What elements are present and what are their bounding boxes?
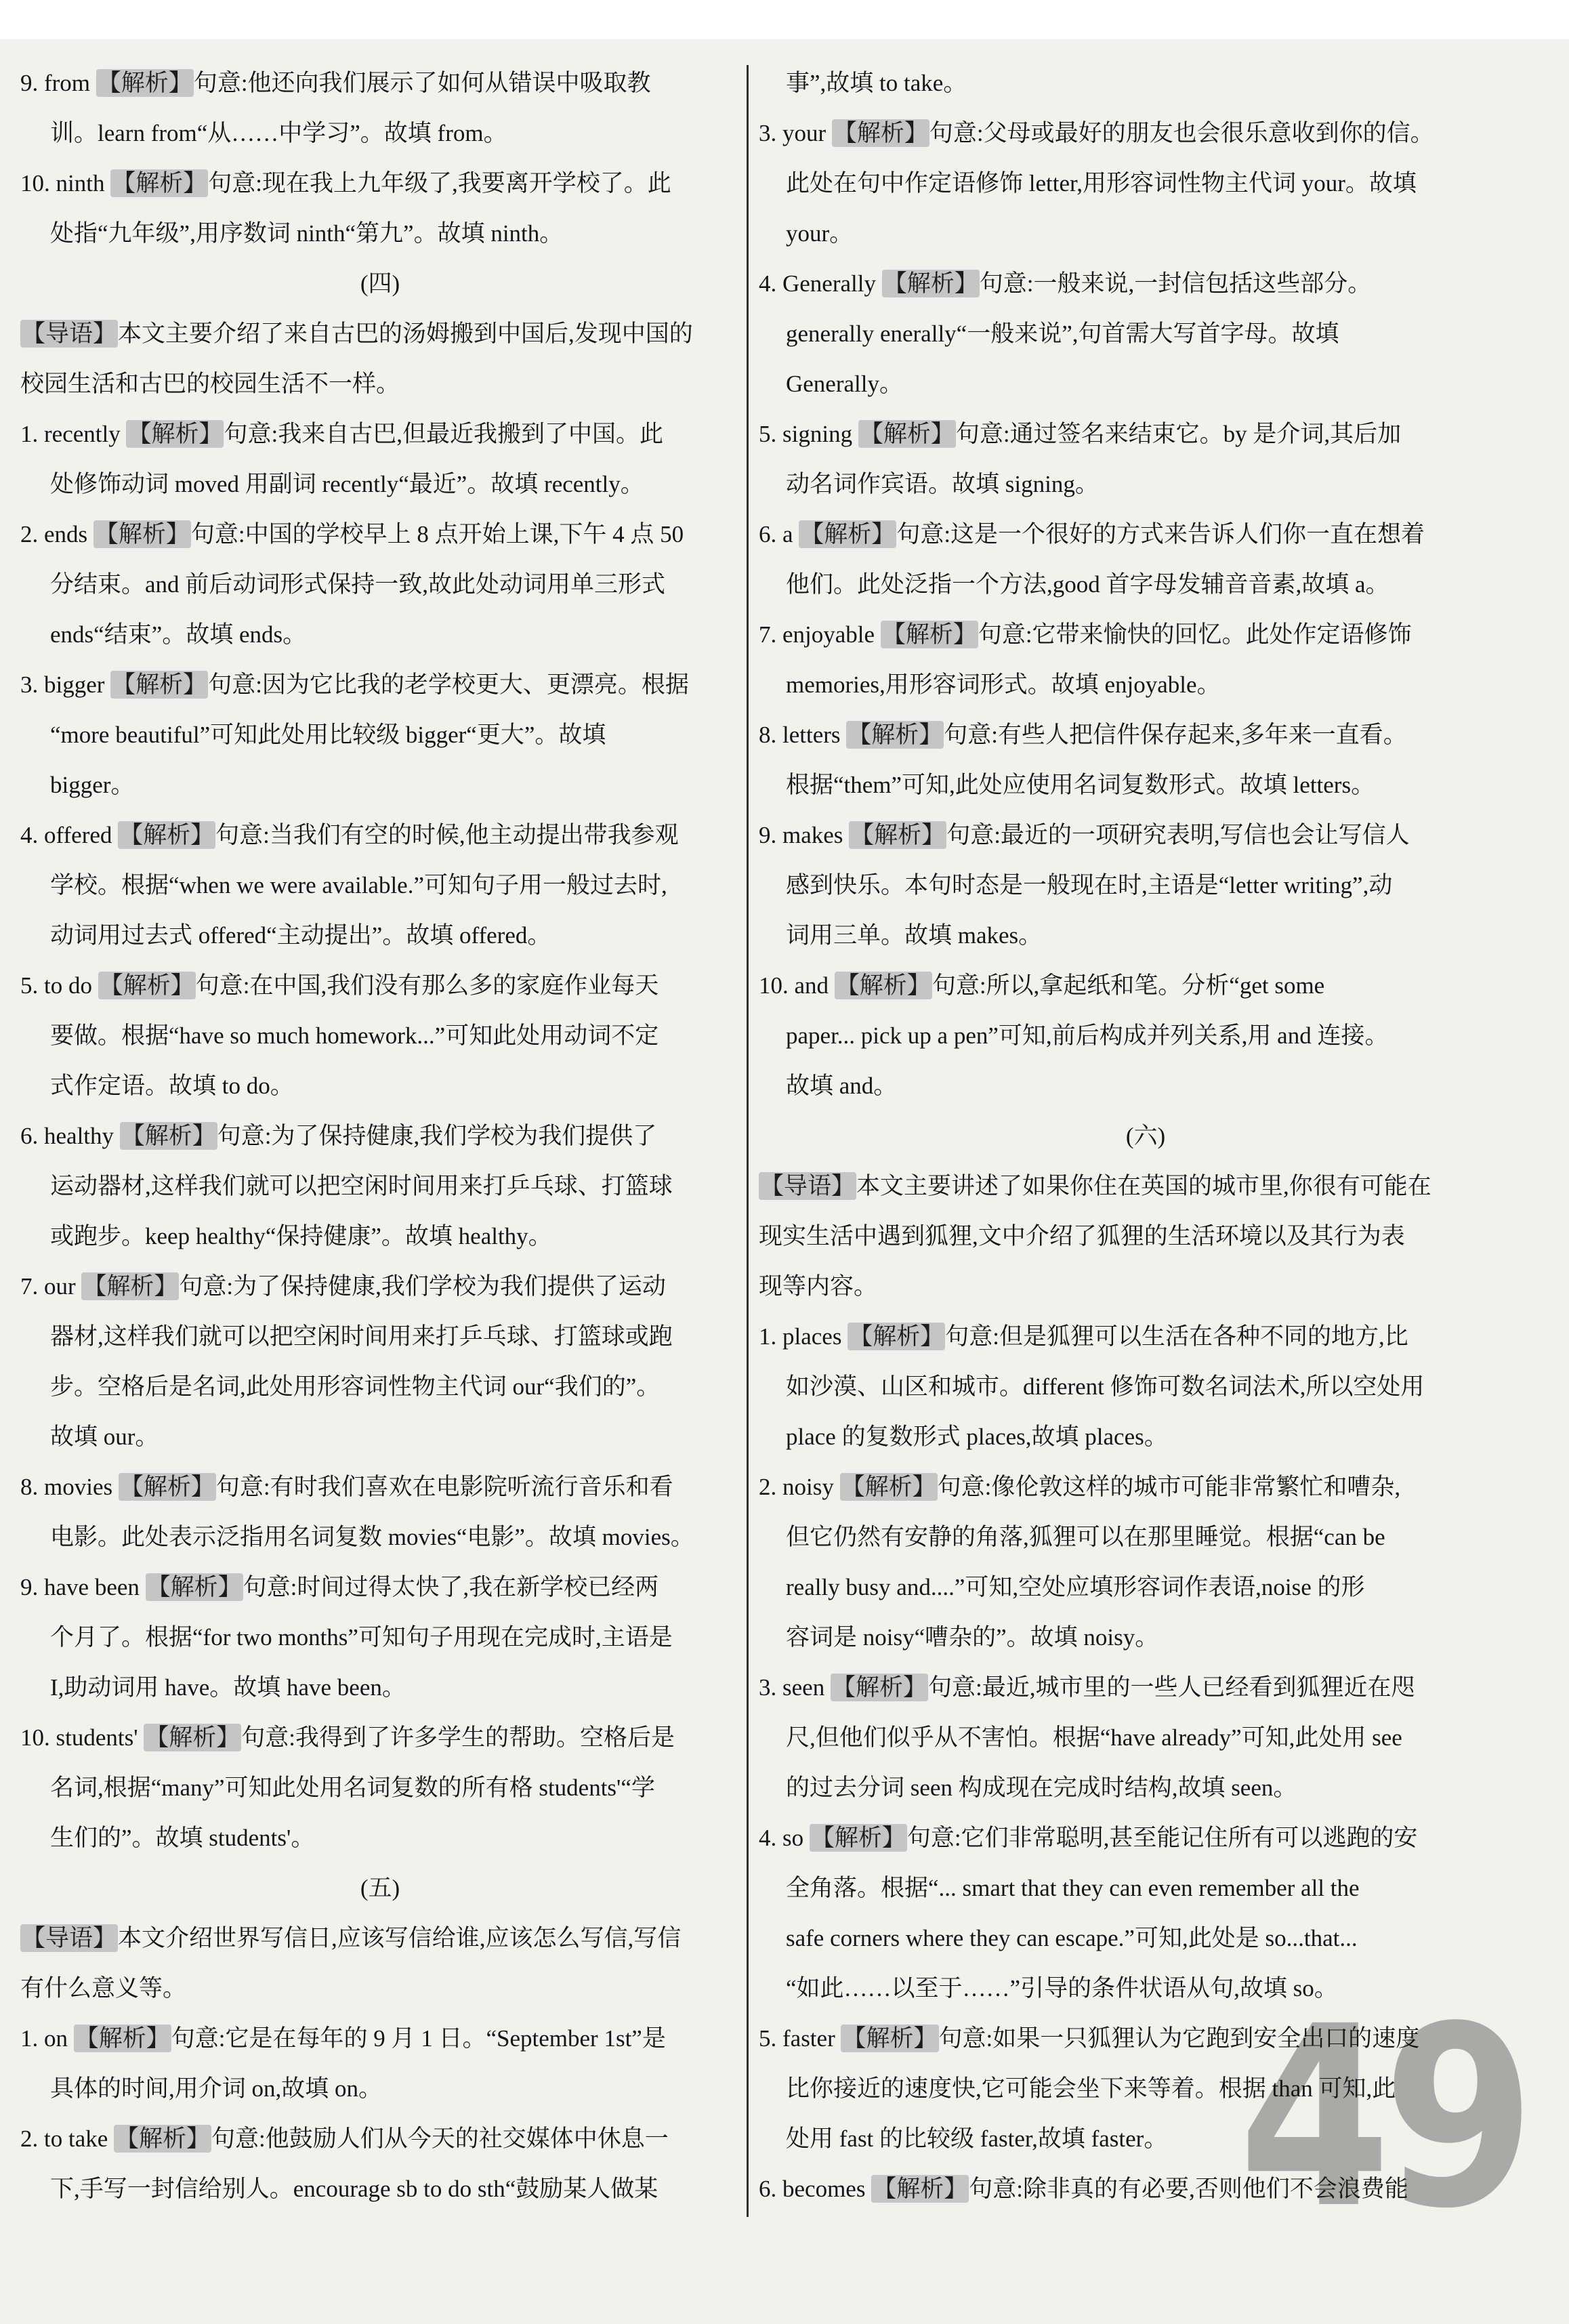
text-line: 式作定语。故填 to do。 [20,1061,740,1111]
text-line: 6. a 【解析】句意:这是一个很好的方式来告诉人们你一直在想着 [759,510,1532,560]
analysis-tag: 【解析】 [835,972,932,999]
answer-key-page: 49 9. from 【解析】句意:他还向我们展示了如何从错误中吸取教训。lea… [0,0,1569,2324]
text-line: 8. movies 【解析】句意:有时我们喜欢在电影院听流行音乐和看 [20,1462,740,1512]
text-line: 6. becomes 【解析】句意:除非真的有必要,否则他们不会浪费能 [759,2164,1532,2214]
text-line: safe corners where they can escape.”可知,此… [759,1913,1532,1964]
analysis-tag: 【解析】 [144,1724,241,1751]
text-line: 处用 fast 的比较级 faster,故填 faster。 [759,2114,1532,2164]
analysis-tag: 【解析】 [146,1573,243,1601]
text-line: 【导语】本文主要介绍了来自古巴的汤姆搬到中国后,发现中国的 [20,309,740,359]
right-column: 事”,故填 to take。3. your 【解析】句意:父母或最好的朋友也会很… [759,58,1532,2214]
text-line: your。 [759,209,1532,259]
intro-tag: 【导语】 [759,1172,856,1200]
text-line: 1. recently 【解析】句意:我来自古巴,但最近我搬到了中国。此 [20,409,740,459]
text-line: 9. from 【解析】句意:他还向我们展示了如何从错误中吸取教 [20,58,740,108]
analysis-tag: 【解析】 [849,821,946,849]
text-line: 5. to do 【解析】句意:在中国,我们没有那么多的家庭作业每天 [20,961,740,1011]
analysis-tag: 【解析】 [799,520,896,548]
analysis-tag: 【解析】 [882,270,980,297]
text-line: 动名词作宾语。故填 signing。 [759,459,1532,510]
analysis-tag: 【解析】 [858,420,956,448]
text-line: 但它仍然有安静的角落,狐狸可以在那里睡觉。根据“can be [759,1512,1532,1562]
text-line: 有什么意义等。 [20,1964,740,2014]
intro-tag: 【导语】 [20,1924,118,1952]
text-line: ends“结束”。故填 ends。 [20,610,740,660]
text-line: 下,手写一封信给别人。encourage sb to do sth“鼓励某人做某 [20,2164,740,2214]
text-line: 他们。此处泛指一个方法,good 首字母发辅音音素,故填 a。 [759,560,1532,610]
text-line: Generally。 [759,359,1532,409]
text-line: 此处在句中作定语修饰 letter,用形容词性物主代词 your。故填 [759,159,1532,209]
text-line: 2. ends 【解析】句意:中国的学校早上 8 点开始上课,下午 4 点 50 [20,510,740,560]
text-line: 名词,根据“many”可知此处用名词复数的所有格 students'“学 [20,1763,740,1813]
text-line: 事”,故填 to take。 [759,58,1532,108]
analysis-tag: 【解析】 [126,420,224,448]
text-line: 个月了。根据“for two months”可知句子用现在完成时,主语是 [20,1613,740,1663]
text-line: 或跑步。keep healthy“保持健康”。故填 healthy。 [20,1211,740,1262]
text-line: 3. bigger 【解析】句意:因为它比我的老学校更大、更漂亮。根据 [20,660,740,710]
analysis-tag: 【解析】 [846,721,944,749]
text-line: 5. faster 【解析】句意:如果一只狐狸认为它跑到安全出口的速度 [759,2014,1532,2064]
text-line: 【导语】本文介绍世界写信日,应该写信给谁,应该怎么写信,写信 [20,1913,740,1964]
text-line: 故填 our。 [20,1412,740,1462]
text-line: 10. students' 【解析】句意:我得到了许多学生的帮助。空格后是 [20,1713,740,1763]
analysis-tag: 【解析】 [119,1473,216,1501]
analysis-tag: 【解析】 [96,69,194,97]
text-line: 步。空格后是名词,此处用形容词性物主代词 our“我们的”。 [20,1362,740,1412]
text-line: 词用三单。故填 makes。 [759,911,1532,961]
text-line: “如此……以至于……”引导的条件状语从句,故填 so。 [759,1964,1532,2014]
text-line: 10. and 【解析】句意:所以,拿起纸和笔。分析“get some [759,961,1532,1011]
text-line: 动词用过去式 offered“主动提出”。故填 offered。 [20,911,740,961]
analysis-tag: 【解析】 [81,1272,179,1300]
intro-tag: 【导语】 [20,320,118,348]
analysis-tag: 【解析】 [881,621,978,648]
text-line: I,助动词用 have。故填 have been。 [20,1663,740,1713]
analysis-tag: 【解析】 [848,1323,945,1350]
text-line: 要做。根据“have so much homework...”可知此处用动词不定 [20,1011,740,1061]
section-header: (五) [20,1863,740,1913]
text-line: 9. have been 【解析】句意:时间过得太快了,我在新学校已经两 [20,1562,740,1613]
text-line: 3. your 【解析】句意:父母或最好的朋友也会很乐意收到你的信。 [759,108,1532,159]
text-line: 生们的”。故填 students'。 [20,1813,740,1863]
text-line: 容词是 noisy“嘈杂的”。故填 noisy。 [759,1613,1532,1663]
text-line: bigger。 [20,760,740,810]
text-line: 5. signing 【解析】句意:通过签名来结束它。by 是介词,其后加 [759,409,1532,459]
analysis-tag: 【解析】 [98,972,196,999]
text-line: 如沙漠、山区和城市。different 修饰可数名词法术,所以空处用 [759,1362,1532,1412]
analysis-tag: 【解析】 [114,2125,211,2153]
text-line: 现等内容。 [759,1262,1532,1312]
text-line: 10. ninth 【解析】句意:现在我上九年级了,我要离开学校了。此 [20,159,740,209]
section-header: (四) [20,259,740,309]
analysis-tag: 【解析】 [74,2025,171,2052]
analysis-tag: 【解析】 [120,1122,217,1150]
analysis-tag: 【解析】 [93,520,191,548]
analysis-tag: 【解析】 [832,119,929,147]
text-line: 全角落。根据“... smart that they can even reme… [759,1863,1532,1913]
analysis-tag: 【解析】 [831,1674,928,1701]
left-column: 9. from 【解析】句意:他还向我们展示了如何从错误中吸取教训。learn … [20,58,740,2214]
analysis-tag: 【解析】 [871,2175,969,2203]
text-line: 7. our 【解析】句意:为了保持健康,我们学校为我们提供了运动 [20,1262,740,1312]
text-line: paper... pick up a pen”可知,前后构成并列关系,用 and… [759,1011,1532,1061]
text-line: generally enerally“一般来说”,句首需大写首字母。故填 [759,309,1532,359]
text-line: 运动器材,这样我们就可以把空闲时间用来打乒乓球、打篮球 [20,1161,740,1211]
text-line: 具体的时间,用介词 on,故填 on。 [20,2064,740,2114]
page-top-margin [0,0,1569,39]
text-line: 现实生活中遇到狐狸,文中介绍了狐狸的生活环境以及其行为表 [759,1211,1532,1262]
text-line: 1. on 【解析】句意:它是在每年的 9 月 1 日。“September 1… [20,2014,740,2064]
text-line: 校园生活和古巴的校园生活不一样。 [20,359,740,409]
text-line: 的过去分词 seen 构成现在完成时结构,故填 seen。 [759,1763,1532,1813]
text-line: 根据“them”可知,此处应使用名词复数形式。故填 letters。 [759,760,1532,810]
text-line: 4. so 【解析】句意:它们非常聪明,甚至能记住所有可以逃跑的安 [759,1813,1532,1863]
text-line: 比你接近的速度快,它可能会坐下来等着。根据 than 可知,此 [759,2064,1532,2114]
text-line: memories,用形容词形式。故填 enjoyable。 [759,660,1532,710]
text-line: 8. letters 【解析】句意:有些人把信件保存起来,多年来一直看。 [759,710,1532,760]
column-divider [747,65,749,2217]
text-line: 【导语】本文主要讲述了如果你住在英国的城市里,你很有可能在 [759,1161,1532,1211]
text-line: 4. Generally 【解析】句意:一般来说,一封信包括这些部分。 [759,259,1532,309]
text-line: 学校。根据“when we were available.”可知句子用一般过去时… [20,860,740,911]
text-line: 4. offered 【解析】句意:当我们有空的时候,他主动提出带我参观 [20,810,740,860]
text-line: 处修饰动词 moved 用副词 recently“最近”。故填 recently… [20,459,740,510]
text-line: 电影。此处表示泛指用名词复数 movies“电影”。故填 movies。 [20,1512,740,1562]
text-line: 3. seen 【解析】句意:最近,城市里的一些人已经看到狐狸近在咫 [759,1663,1532,1713]
text-line: place 的复数形式 places,故填 places。 [759,1412,1532,1462]
analysis-tag: 【解析】 [841,2025,938,2052]
text-line: 2. noisy 【解析】句意:像伦敦这样的城市可能非常繁忙和嘈杂, [759,1462,1532,1512]
text-line: 9. makes 【解析】句意:最近的一项研究表明,写信也会让写信人 [759,810,1532,860]
text-line: 6. healthy 【解析】句意:为了保持健康,我们学校为我们提供了 [20,1111,740,1161]
text-line: 尺,但他们似乎从不害怕。根据“have already”可知,此处用 see [759,1713,1532,1763]
section-header: (六) [759,1111,1532,1161]
text-line: 7. enjoyable 【解析】句意:它带来愉快的回忆。此处作定语修饰 [759,610,1532,660]
text-line: 1. places 【解析】句意:但是狐狸可以生活在各种不同的地方,比 [759,1312,1532,1362]
text-line: really busy and....”可知,空处应填形容词作表语,noise … [759,1562,1532,1613]
text-line: “more beautiful”可知此处用比较级 bigger“更大”。故填 [20,710,740,760]
analysis-tag: 【解析】 [810,1824,907,1852]
text-line: 分结束。and 前后动词形式保持一致,故此处动词用单三形式 [20,560,740,610]
text-line: 训。learn from“从……中学习”。故填 from。 [20,108,740,159]
text-line: 处指“九年级”,用序数词 ninth“第九”。故填 ninth。 [20,209,740,259]
text-line: 感到快乐。本句时态是一般现在时,主语是“letter writing”,动 [759,860,1532,911]
text-line: 器材,这样我们就可以把空闲时间用来打乒乓球、打篮球或跑 [20,1312,740,1362]
analysis-tag: 【解析】 [110,169,208,197]
analysis-tag: 【解析】 [110,671,208,699]
text-line: 2. to take 【解析】句意:他鼓励人们从今天的社交媒体中休息一 [20,2114,740,2164]
analysis-tag: 【解析】 [840,1473,938,1501]
analysis-tag: 【解析】 [118,821,215,849]
text-line: 故填 and。 [759,1061,1532,1111]
